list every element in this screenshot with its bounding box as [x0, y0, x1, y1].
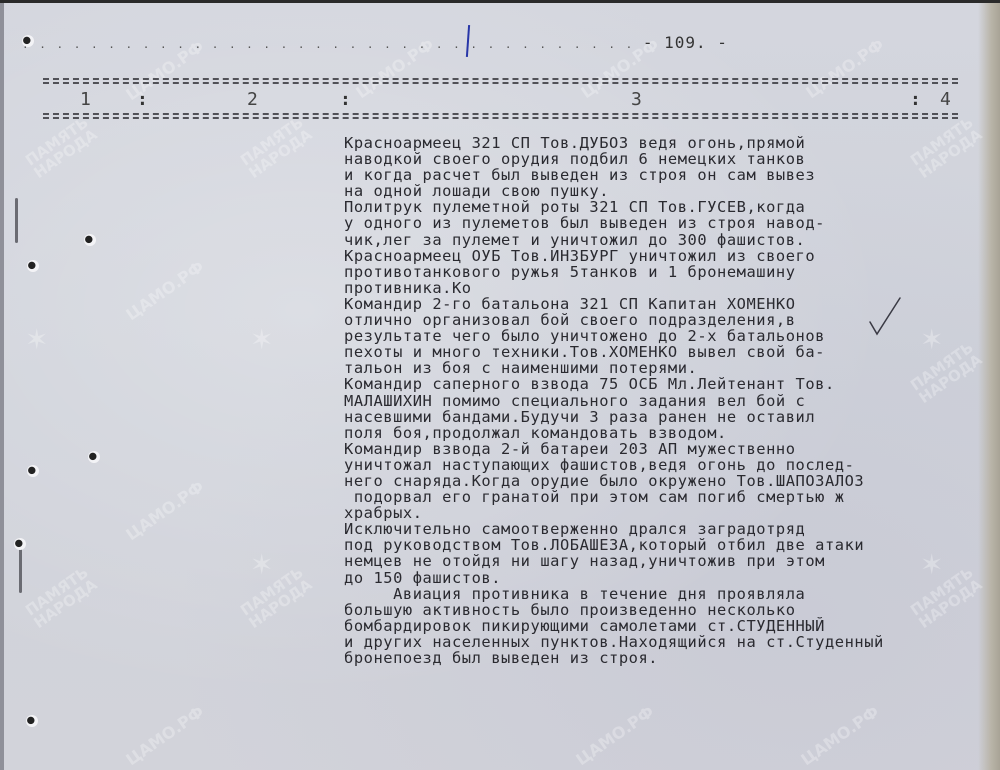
watermark-site: ЦАМО.РФ — [124, 704, 207, 769]
column-header-1: 1 — [80, 89, 91, 110]
checkmark-icon — [868, 296, 902, 336]
text-line: противника.Ко — [344, 280, 984, 296]
text-line: на одной лошади свою пушку. — [344, 183, 984, 199]
text-line: чик,лег за пулемет и уничтожил до 300 фа… — [344, 232, 984, 248]
text-line: Красноармеец ОУБ Тов.ИНЗБУРГ уничтожил и… — [344, 248, 984, 264]
watermark-site: ЦАМО.РФ — [804, 37, 887, 102]
binding-hole — [26, 715, 38, 727]
text-line: наводкой своего орудия подбил 6 немецких… — [344, 151, 984, 167]
document-page: ЦАМО.РФ ЦАМО.РФ ЦАМО.РФ ЦАМО.РФ ЦАМО.РФ … — [0, 0, 1000, 770]
star-icon: ✶ — [25, 323, 48, 357]
column-header-2: 2 — [247, 89, 258, 110]
text-line: пехоты и много техники.Тов.ХОМЕНКО вывел… — [344, 344, 984, 360]
column-separator: : — [137, 89, 148, 110]
text-line: противотанкового ружья 5танков и 1 броне… — [344, 264, 984, 280]
text-line: Авиация противника в течение дня проявля… — [344, 586, 984, 602]
watermark-site: ЦАМО.РФ — [799, 704, 882, 769]
watermark-site: ЦАМО.РФ — [124, 259, 207, 324]
text-line: Политрук пулеметной роты 321 СП Тов.ГУСЕ… — [344, 199, 984, 215]
text-line: Исключительно самоотверженно дрался загр… — [344, 521, 984, 537]
text-line: Командир саперного взвода 75 ОСБ Мл.Лейт… — [344, 376, 984, 392]
column-header-4: 4 — [940, 89, 951, 110]
text-line: бомбардировок пикирующими самолетами ст.… — [344, 618, 984, 634]
page-left-edge — [0, 3, 4, 770]
column-separator: : — [340, 89, 351, 110]
text-line: подорвал его гранатой при этом сам погиб… — [344, 489, 984, 505]
watermark-site: ЦАМО.РФ — [124, 479, 207, 544]
text-line: под руководством Тов.ЛОБАШЕЗА,который от… — [344, 537, 984, 553]
staple — [15, 198, 18, 243]
text-line: до 150 фашистов. — [344, 570, 984, 586]
text-line: Красноармеец 321 СП Тов.ДУБОЗ ведя огонь… — [344, 135, 984, 151]
text-line: него снаряда.Когда орудие было окружено … — [344, 473, 984, 489]
star-icon: ✶ — [250, 323, 273, 357]
text-line: поля боя,продолжал командовать взводом. — [344, 425, 984, 441]
header-rule-bottom — [43, 113, 958, 119]
text-line: МАЛАШИХИН помимо специального задания ве… — [344, 393, 984, 409]
text-line: тальон из боя с наименшими потерями. — [344, 360, 984, 376]
text-line: уничтожал наступающих фашистов,ведя огон… — [344, 457, 984, 473]
text-line: у одного из пулеметов был выведен из стр… — [344, 215, 984, 231]
header-rule-top — [43, 78, 958, 84]
page-number: - 109. - — [643, 33, 728, 52]
binding-hole — [14, 538, 26, 550]
binding-hole — [27, 465, 39, 477]
binding-hole — [84, 234, 96, 246]
text-line: насевшими бандами.Будучи 3 раза ранен не… — [344, 409, 984, 425]
column-header-3: 3 — [631, 89, 642, 110]
text-line: и других населенных пунктов.Находящийся … — [344, 634, 984, 650]
watermark-site: ЦАМО.РФ — [574, 704, 657, 769]
dot-leader: . . . . . . . . . . . . . . . . . . . . … — [22, 38, 643, 51]
watermark-project: ПАМЯТЬНАРОДА — [23, 565, 100, 631]
binding-hole — [88, 451, 100, 463]
page-number-line: . . . . . . . . . . . . . . . . . . . . … — [22, 33, 542, 52]
binding-hole — [27, 260, 39, 272]
watermark-project: ПАМЯТЬНАРОДА — [23, 115, 100, 181]
report-body-text: Красноармеец 321 СП Тов.ДУБОЗ ведя огонь… — [344, 135, 984, 666]
column-separator: : — [910, 89, 921, 110]
text-line: немцев не отойдя ни шагу назад,уничтожив… — [344, 553, 984, 569]
watermark-project: ПАМЯТЬНАРОДА — [238, 115, 315, 181]
text-line: бронепоезд был выведен из строя. — [344, 650, 984, 666]
text-line: храбрых. — [344, 505, 984, 521]
star-icon: ✶ — [250, 548, 273, 582]
text-line: большую активность было произведенно нес… — [344, 602, 984, 618]
text-line: Командир взвода 2-й батареи 203 АП мужес… — [344, 441, 984, 457]
text-line: и когда расчет был выведен из строя он с… — [344, 167, 984, 183]
staple — [19, 543, 22, 593]
